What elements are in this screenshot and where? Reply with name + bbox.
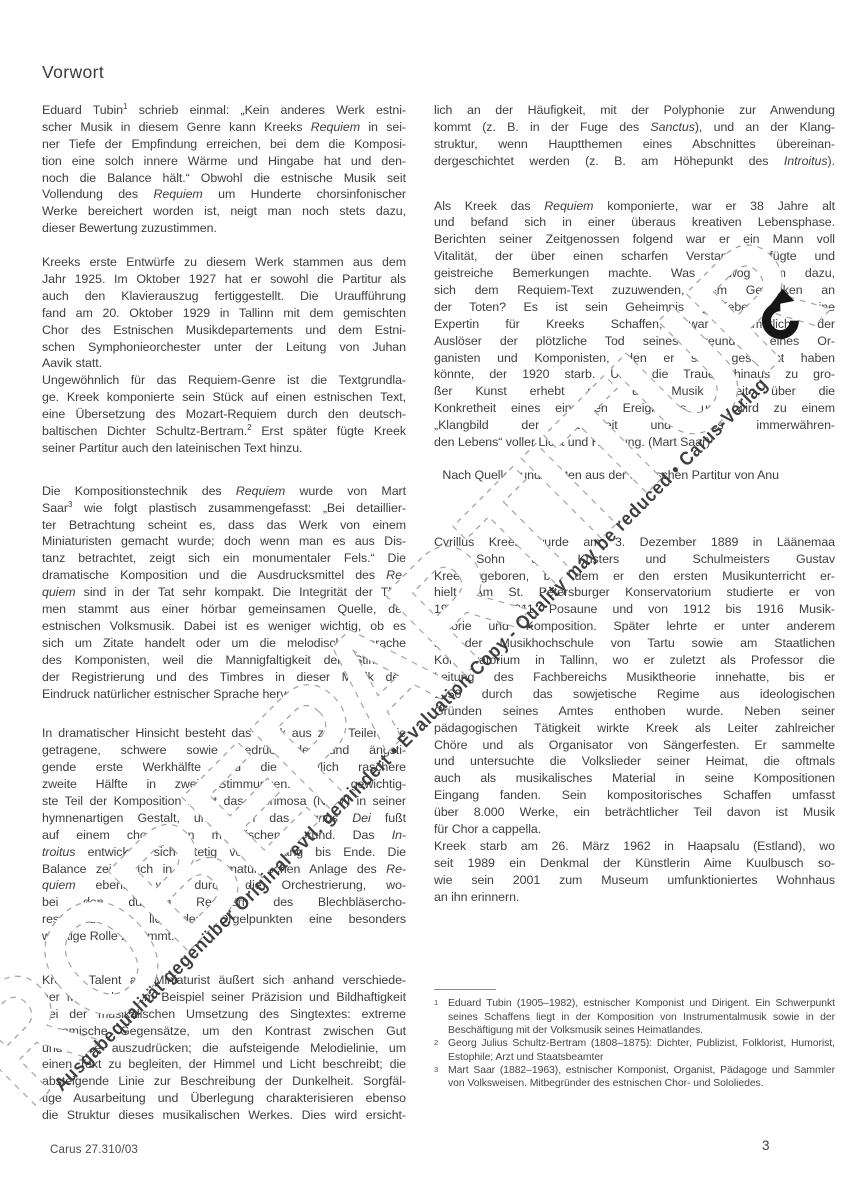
text-line: ter Betrachtung scheint es, dass das Wer… — [42, 517, 406, 534]
text-line: Die Kompositionstechnik des Requiem wurd… — [42, 483, 406, 500]
text-line: lich an der Häufigkeit, mit der Polyphon… — [434, 102, 835, 119]
text-line: für Chor a cappella. — [434, 821, 835, 838]
text-line: Nach Quellen und Zitaten aus der estnisc… — [434, 467, 835, 484]
document-page: Vorwort Eduard Tubin1 schrieb einmal: „K… — [0, 0, 845, 1200]
text-line: getragene, schwere sowie bedrückende und… — [42, 742, 406, 759]
paragraph-tubin-quote: Eduard Tubin1 schrieb einmal: „Kein ande… — [42, 102, 406, 237]
paragraph-miniaturist: Kreeks Talent als Miniaturist äußert sic… — [42, 972, 406, 1124]
text-line: ge. Kreek komponierte sein Stück auf ein… — [42, 389, 406, 406]
text-line: ganisten und Komponisten, den er sehr ge… — [434, 350, 835, 367]
text-line: auch den Klavierauszug fertiggestellt. D… — [42, 288, 406, 305]
text-line: Ungewöhnlich für das Requiem-Genre ist d… — [42, 372, 406, 389]
text-line: Konkretheit eines einzelnen Ereignisses … — [434, 400, 835, 417]
footnote-list: 1Eduard Tubin (1905–1982), estnischer Ko… — [434, 997, 835, 1090]
page-number: 3 — [762, 1138, 770, 1153]
text-line: Konservatorium in Tallinn, wo er zuletzt… — [434, 652, 835, 669]
text-line: Vollendung des Requiem um Hunderte chors… — [42, 186, 406, 203]
text-line: Berichten seiner Zeitgenossen folgend wa… — [434, 231, 835, 248]
text-line: tion eine solch innere Wärme und Hingabe… — [42, 153, 406, 170]
text-line: zweite Hälfte in zwei Stimmungen. Den ge… — [42, 776, 406, 793]
text-line: noch die Balance hält.“ Obwohl die estni… — [42, 170, 406, 187]
text-line: quiem ebenso wie durch die Orchestrierun… — [42, 877, 406, 894]
text-line: dramatische Komposition und die Ausdruck… — [42, 567, 406, 584]
text-line: dieser Bewertung zuzustimmen. — [42, 220, 406, 237]
text-line: ste Teil der Komposition bildet das Lacr… — [42, 793, 406, 810]
text-line: troitus entwickelt sich stetig vom Anfan… — [42, 844, 406, 861]
text-line: dynamische Gegensätze, um den Kontrast z… — [42, 1023, 406, 1040]
text-line: die Struktur dieses musikalischen Werkes… — [42, 1107, 406, 1124]
paragraph-entstehung: Kreeks erste Entwürfe zu diesem Werk sta… — [42, 254, 406, 457]
text-line: kommt (z. B. in der Fuge des Sanctus), u… — [434, 119, 835, 136]
text-line: schen Symphonieorchester unter der Leitu… — [42, 339, 406, 356]
text-line: res und den liegenden Orgelpunkten eine … — [42, 911, 406, 928]
text-line: ner Tiefe der Empfindung erreichen, bei … — [42, 136, 406, 153]
text-line: tige Ausarbeitung und Überlegung charakt… — [42, 1090, 406, 1107]
text-line: Miniaturisten gemacht wurde; doch wenn m… — [42, 533, 406, 550]
text-line: den Lebens“ voller Licht und Hoffnung. (… — [434, 434, 835, 451]
text-line: bei den dunklen Registern des Blechbläse… — [42, 894, 406, 911]
text-line: und befand sich in einer überaus kreativ… — [434, 214, 835, 231]
text-line: Werke bereichert worden ist, neigt man n… — [42, 203, 406, 220]
text-line: estnischen Volksmusik. Dabei ist es weni… — [42, 618, 406, 635]
text-line: auf einem choralhaften melodischen Grund… — [42, 827, 406, 844]
text-line: Kreeks erste Entwürfe zu diesem Werk sta… — [42, 254, 406, 271]
text-line: theorie und Komposition. Später lehrte e… — [434, 618, 835, 635]
text-line: sich dem Requiem-Text zuzuwenden, dem Ge… — [434, 282, 835, 299]
text-line: men stammt aus einer hörbar gemeinsamen … — [42, 601, 406, 618]
paragraph-polyphonie: lich an der Häufigkeit, mit der Polyphon… — [434, 102, 835, 170]
text-line: Aavik statt. — [42, 355, 406, 372]
text-line: wichtige Rolle zukommt. — [42, 928, 406, 945]
text-line: als Sohn des Küsters und Schulmeisters G… — [434, 551, 835, 568]
text-line: eine Übersetzung des Mozart-Requiem durc… — [42, 406, 406, 423]
right-column: lich an der Häufigkeit, mit der Polyphon… — [434, 102, 835, 1124]
footnote-text: Georg Julius Schultz-Bertram (1808–1875)… — [448, 1037, 835, 1064]
text-line: Expertin für Kreeks Schaffen, war vermut… — [434, 316, 835, 333]
text-line: Chöre und als Organisator von Sängerfest… — [434, 737, 835, 754]
text-line: quiem sind in der Tat sehr kompakt. Die … — [42, 584, 406, 601]
text-line: gende erste Werkhälfte und die deutlich … — [42, 759, 406, 776]
text-line: Kreek geboren, bei dem er den ersten Mus… — [434, 568, 835, 585]
text-line: tanz betrachtet, zeigt sich ein monument… — [42, 550, 406, 567]
text-line: bei der musikalischen Umsetzung des Sing… — [42, 1006, 406, 1023]
text-line: Eduard Tubin1 schrieb einmal: „Kein ande… — [42, 102, 406, 119]
text-line: absteigende Linie zur Beschreibung der D… — [42, 1073, 406, 1090]
text-line: Auslöser der plötzliche Tod seines Freun… — [434, 333, 835, 350]
text-line: Vitalität, der über einen scharfen Verst… — [434, 248, 835, 265]
text-line: sich um Zitate handelt oder um die melod… — [42, 635, 406, 652]
text-line: des Komponisten, weil die Mannigfaltigke… — [42, 652, 406, 669]
text-line: und untersuchte die Volkslieder seiner H… — [434, 753, 835, 770]
footnote-text: Mart Saar (1882–1963), estnischer Kompon… — [448, 1064, 835, 1091]
text-line: an ihn erinnern. — [434, 889, 835, 906]
text-line: Jahr 1925. Im Oktober 1927 hat er sowohl… — [42, 271, 406, 288]
footnote-item: 1Eduard Tubin (1905–1982), estnischer Ko… — [434, 997, 835, 1037]
text-line: der Registrierung und des Timbres in die… — [42, 669, 406, 686]
text-line: fand am 20. Oktober 1929 in Tallinn mit … — [42, 305, 406, 322]
text-line: und Böse auszudrücken; die aufsteigende … — [42, 1040, 406, 1057]
text-line: wie sein 2001 zum Museum umfunktionierte… — [434, 872, 835, 889]
text-line: Chor des Estnischen Musikdepartements un… — [42, 322, 406, 339]
paragraph-biografie: Cyrillus Kreek wurde am 3. Dezember 1889… — [434, 534, 835, 906]
page-title: Vorwort — [42, 62, 104, 83]
text-line: an der Musikhochschule von Tartu sowie a… — [434, 635, 835, 652]
text-line: 1950 durch das sowjetische Regime aus id… — [434, 686, 835, 703]
text-line: „Klangbild der Ewigkeit und des immerwäh… — [434, 417, 835, 434]
text-line: könnte, der 1920 starb. Über die Trauer … — [434, 366, 835, 383]
text-line: über 8.000 Werke, ein beträchtlicher Tei… — [434, 804, 835, 821]
text-line: ner Merkmale, zum Beispiel seiner Präzis… — [42, 989, 406, 1006]
footnote-text: Eduard Tubin (1905–1982), estnischer Kom… — [448, 997, 835, 1037]
footnote-number: 1 — [434, 997, 448, 1037]
paragraph-dramatik: In dramatischer Hinsicht besteht das Wer… — [42, 725, 406, 945]
text-line: baltischen Dichter Schultz-Bertram.2 Ers… — [42, 423, 406, 440]
text-line: Leitung des Fachbereichs Musiktheorie in… — [434, 669, 835, 686]
text-line: scher Musik in diesem Genre kann Kreeks … — [42, 119, 406, 136]
text-line: hielt. Am St. Petersburger Konservatoriu… — [434, 584, 835, 601]
text-line: Balance zeigt sich in der dramaturgische… — [42, 861, 406, 878]
paragraph-lebensphase: Als Kreek das Requiem komponierte, war e… — [434, 198, 835, 451]
footnote-number: 3 — [434, 1064, 448, 1091]
footnote-item: 2Georg Julius Schultz-Bertram (1808–1875… — [434, 1037, 835, 1064]
text-line: 1908 bis 1911 Posaune und von 1912 bis 1… — [434, 601, 835, 618]
text-line: auch als musikalisches Material in seine… — [434, 770, 835, 787]
text-line: Eingang fanden. Sein kompositorisches Sc… — [434, 787, 835, 804]
left-column: Eduard Tubin1 schrieb einmal: „Kein ande… — [42, 102, 406, 1124]
text-line: Kreeks Talent als Miniaturist äußert sic… — [42, 972, 406, 989]
paragraph-kompositionstechnik: Die Kompositionstechnik des Requiem wurd… — [42, 483, 406, 703]
text-line: Kreek starb am 26. März 1962 in Haapsalu… — [434, 838, 835, 855]
text-line: Saar3 wie folgt plastisch zusammengefass… — [42, 500, 406, 517]
text-line: Cyrillus Kreek wurde am 3. Dezember 1889… — [434, 534, 835, 551]
footnote-number: 2 — [434, 1037, 448, 1064]
text-line: der Toten? Es ist sein Geheimnis geblieb… — [434, 299, 835, 316]
text-line: geistreiche Bemerkungen machte. Was bewo… — [434, 265, 835, 282]
catalog-number: Carus 27.310/03 — [50, 1144, 138, 1156]
text-line: ßer Kunst erhebt sich die Musik weit übe… — [434, 383, 835, 400]
two-column-text: Eduard Tubin1 schrieb einmal: „Kein ande… — [42, 102, 835, 1124]
text-line: struktur, wenn Hauptthemen eines Abschni… — [434, 136, 835, 153]
text-line: dergeschichtet werden (z. B. am Höhepunk… — [434, 153, 835, 170]
text-line: hymnenartigen Gestalt, und auch das Agnu… — [42, 810, 406, 827]
right-column-paragraphs: lich an der Häufigkeit, mit der Polyphon… — [434, 102, 835, 905]
footnote-divider — [434, 989, 496, 990]
credit-line: Nach Quellen und Zitaten aus der estnisc… — [434, 467, 835, 484]
text-line: einen Text zu begleiten, der Himmel und … — [42, 1056, 406, 1073]
text-line: seiner Partitur auch den lateinischen Te… — [42, 440, 406, 457]
text-line: Als Kreek das Requiem komponierte, war e… — [434, 198, 835, 215]
text-line: Eindruck natürlicher estnischer Sprache … — [42, 686, 406, 703]
footnotes-block: 1Eduard Tubin (1905–1982), estnischer Ko… — [434, 989, 835, 1090]
text-line: pädagogischen Tätigkeit wirkte Kreek als… — [434, 720, 835, 737]
text-line: Gründen seines Amtes enthoben wurde. Neb… — [434, 703, 835, 720]
footnote-item: 3Mart Saar (1882–1963), estnischer Kompo… — [434, 1064, 835, 1091]
text-line: In dramatischer Hinsicht besteht das Wer… — [42, 725, 406, 742]
text-line: seit 1989 ein Denkmal der Künstlerin Aim… — [434, 855, 835, 872]
